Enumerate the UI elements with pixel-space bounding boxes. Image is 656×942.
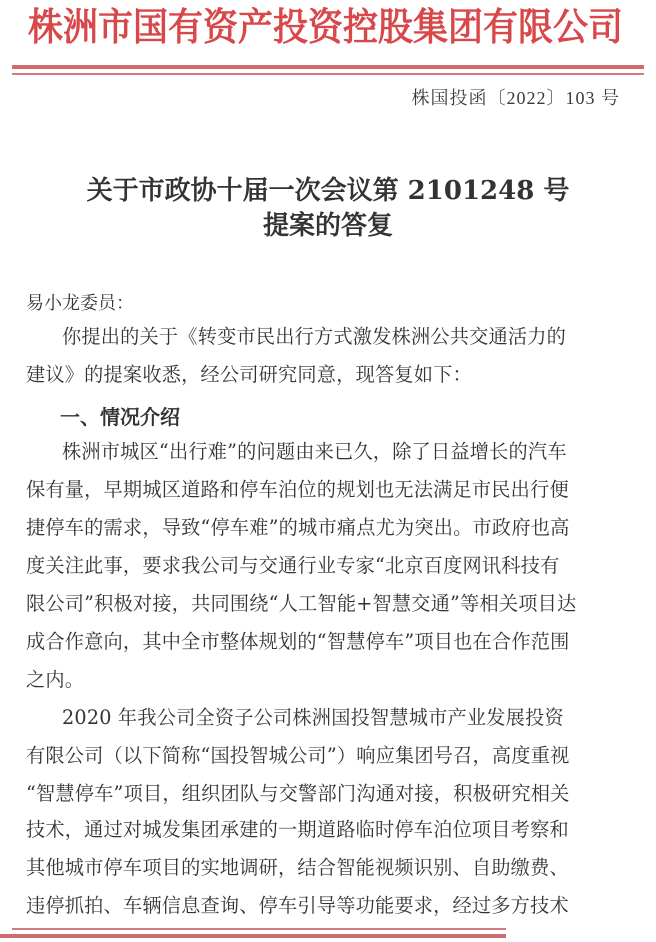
paragraph-line: 成合作意向，其中全市整体规划的“智慧停车”项目也在合作范围 [26,627,626,654]
document-number: 株国投函〔2022〕103 号 [412,84,621,110]
paragraph-line: 捷停车的需求，导致“停车难”的城市痛点尤为突出。市政府也高 [26,513,626,540]
paragraph-line: 技术，通过对城发集团承建的一期道路临时停车泊位项目考察和 [26,815,626,842]
paragraph-line: 有限公司（以下简称“国投智城公司”）响应集团号召，高度重视 [26,741,626,768]
footer-rule-thick [0,934,506,938]
letterhead-title: 株洲市国有资产投资控股集团有限公司 [28,0,642,56]
paragraph-line: 限公司”积极对接，共同围绕“人工智能+智慧交通”等相关项目达 [26,589,626,616]
paragraph-line: 2020 年我公司全资子公司株洲国投智慧城市产业发展投资 [62,703,656,730]
paragraph-line: 度关注此事，要求我公司与交通行业专家“北京百度网讯科技有 [26,551,626,578]
letterhead-rule-thin [12,73,644,75]
paragraph-line: 建议》的提案收悉，经公司研究同意，现答复如下： [26,360,626,387]
footer-rule-thin [12,928,506,930]
document-title-line-2: 提案的答复 [0,205,656,242]
letterhead-rule-thick [12,65,644,69]
paragraph-line: 之内。 [26,665,626,692]
paragraph-line: 你提出的关于《转变市民出行方式激发株洲公共交通活力的 [62,322,656,349]
paragraph-line: 其他城市停车项目的实地调研，结合智能视频识别、自助缴费、 [26,853,626,880]
document-title-line-1: 关于市政协十届一次会议第 2101248 号 [0,170,656,207]
section-heading: 一、情况介绍 [60,401,180,430]
paragraph-line: “智慧停车”项目，组织团队与交警部门沟通对接，积极研究相关 [26,779,626,806]
paragraph-line: 保有量，早期城区道路和停车泊位的规划也无法满足市民出行便 [26,475,626,502]
paragraph-line: 株洲市城区“出行难”的问题由来已久，除了日益增长的汽车 [62,437,656,464]
paragraph-line: 违停抓拍、车辆信息查询、停车引导等功能要求，经过多方技术 [26,891,626,918]
salutation: 易小龙委员： [26,289,134,315]
